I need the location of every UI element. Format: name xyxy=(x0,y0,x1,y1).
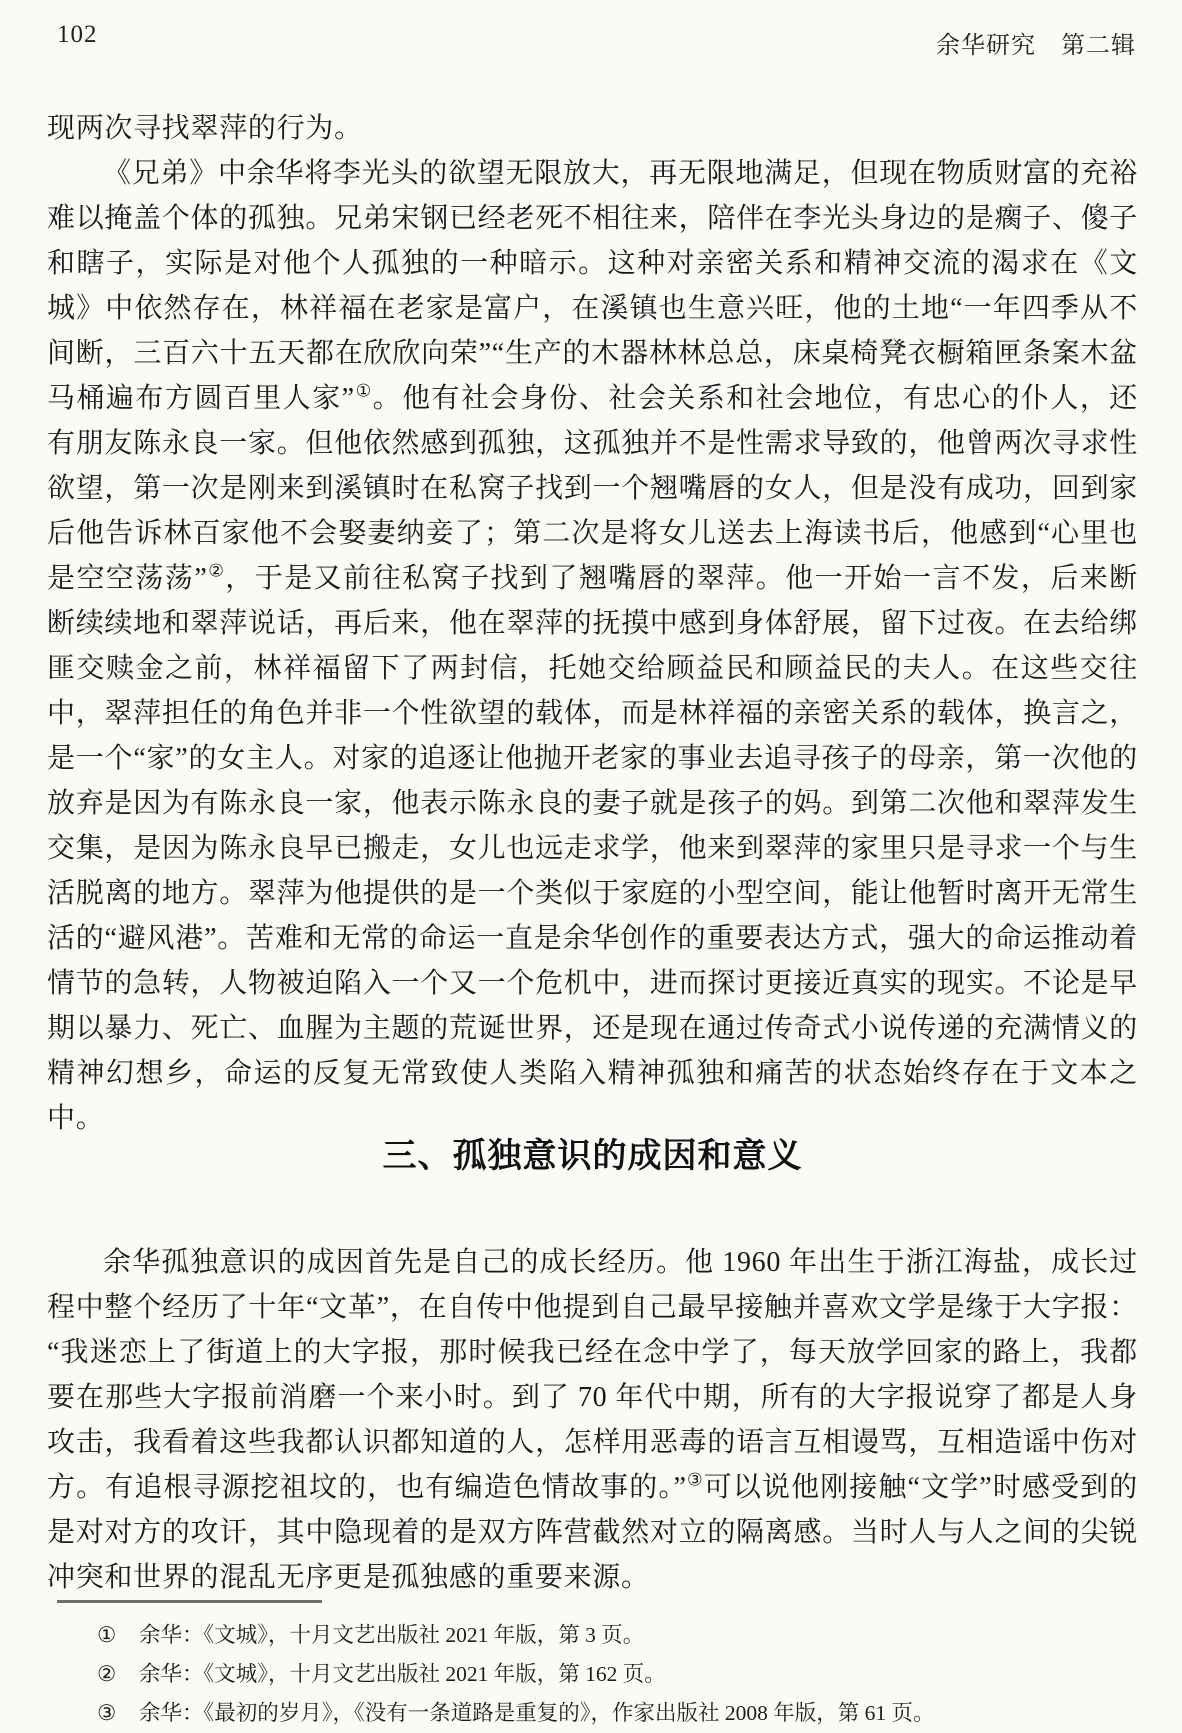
footnote-separator-rule xyxy=(57,1600,322,1603)
footnote-marker: ① xyxy=(97,1616,139,1655)
footnote-item: ③ 余华：《最初的岁月》，《没有一条道路是重复的》，作家出版社 2008 年版，… xyxy=(47,1694,1138,1733)
footnote-marker: ③ xyxy=(97,1694,139,1733)
footnotes: ① 余华：《文城》，十月文艺出版社 2021 年版，第 3 页。 ② 余华：《文… xyxy=(47,1616,1138,1733)
footnote-text: 余华：《文城》，十月文艺出版社 2021 年版，第 3 页。 xyxy=(139,1616,1138,1655)
footnote-item: ① 余华：《文城》，十月文艺出版社 2021 年版，第 3 页。 xyxy=(47,1616,1138,1655)
paragraph-loneliness-causes: 余华孤独意识的成因首先是自己的成长经历。他 1960 年出生于浙江海盐，成长过程… xyxy=(47,1240,1138,1600)
paragraph-continuation: 现两次寻找翠萍的行为。 xyxy=(47,106,1138,151)
running-title: 余华研究 第二辑 xyxy=(936,25,1136,60)
footnote-marker: ② xyxy=(97,1655,139,1694)
footnote-text: 余华：《最初的岁月》，《没有一条道路是重复的》，作家出版社 2008 年版，第 … xyxy=(139,1694,1138,1733)
section-heading: 三、孤独意识的成因和意义 xyxy=(47,1128,1138,1177)
footnote-text: 余华：《文城》，十月文艺出版社 2021 年版，第 162 页。 xyxy=(139,1655,1138,1694)
page-number: 102 xyxy=(57,21,98,49)
paragraph-brothers-wencheng: 《兄弟》中余华将李光头的欲望无限放大，再无限地满足，但现在物质财富的充裕难以掩盖… xyxy=(47,151,1138,1141)
footnote-item: ② 余华：《文城》，十月文艺出版社 2021 年版，第 162 页。 xyxy=(47,1655,1138,1694)
book-page: 102 余华研究 第二辑 现两次寻找翠萍的行为。 《兄弟》中余华将李光头的欲望无… xyxy=(0,0,1182,1733)
